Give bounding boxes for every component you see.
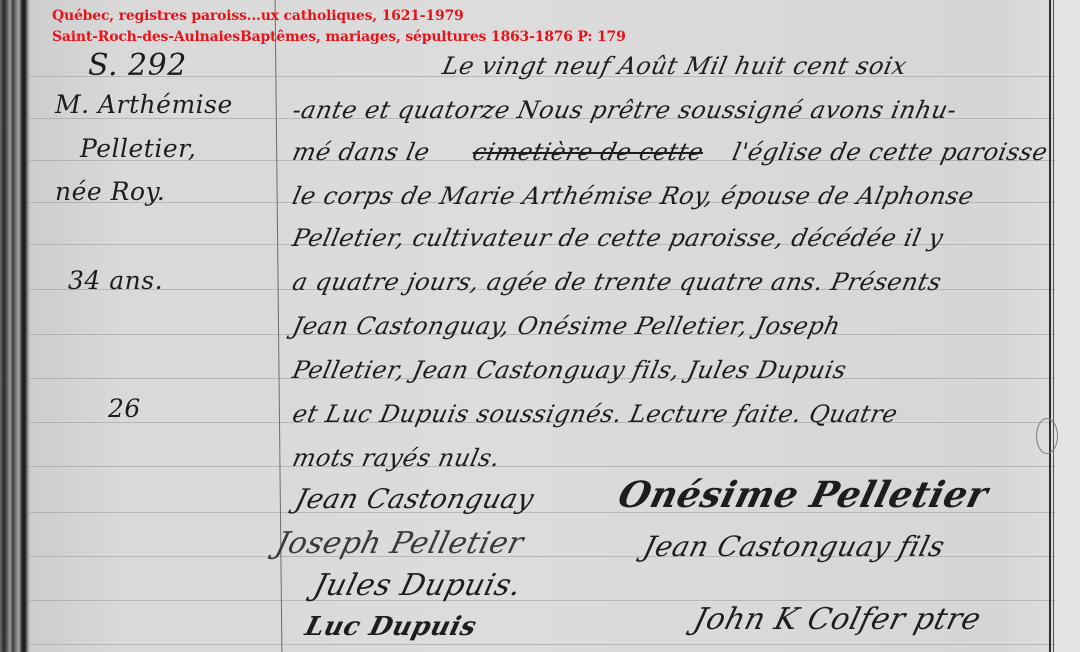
record-line-7: Jean Castonguay, Onésime Pelletier, Jose…	[290, 312, 843, 340]
signature-jules-dupuis: Jules Dupuis.	[310, 568, 525, 603]
record-line-5: Pelletier, cultivateur de cette paroisse…	[290, 224, 946, 252]
record-line-4: le corps de Marie Arthémise Roy, épouse …	[290, 182, 977, 210]
column-rule	[1053, 0, 1054, 652]
margin-name-line-3: née Roy.	[55, 177, 165, 206]
record-line-10: mots rayés nuls.	[290, 444, 503, 472]
record-line-6: a quatre jours, agée de trente quatre an…	[290, 268, 944, 296]
margin-date-note: 26	[108, 394, 141, 423]
entry-number: S. 292	[88, 48, 187, 83]
signature-luc-dupuis: Luc Dupuis	[302, 612, 480, 642]
volume-line: Saint-Roch-des-AulnaiesBaptêmes, mariage…	[52, 27, 626, 48]
record-line-9: et Luc Dupuis soussignés. Lecture faite.…	[290, 400, 900, 428]
ruled-line	[30, 644, 1080, 645]
signature-jean-castonguay-fils: Jean Castonguay fils	[640, 530, 948, 563]
record-line-1: Le vingt neuf Août Mil huit cent soix	[440, 52, 909, 80]
margin-name-line-1: M. Arthémise	[55, 90, 233, 119]
column-rule	[1049, 0, 1051, 652]
adjacent-page-edge	[1055, 0, 1080, 652]
signature-jean-castonguay: Jean Castonguay	[292, 484, 537, 515]
record-line-8: Pelletier, Jean Castonguay fils, Jules D…	[290, 356, 849, 384]
ruled-line	[30, 600, 1080, 601]
book-binding	[0, 0, 30, 652]
record-line-3b: l'église de cette paroisse	[730, 138, 1050, 166]
struck-out-text: cimetière de cette	[470, 138, 706, 166]
signature-onesime-pelletier: Onésime Pelletier	[614, 474, 992, 516]
source-caption: Québec, registres paroiss...ux catholiqu…	[52, 6, 626, 48]
ruled-line	[30, 466, 1080, 467]
signature-priest: John K Colfer ptre	[690, 602, 985, 637]
record-line-2: -ante et quatorze Nous prêtre soussigné …	[290, 96, 959, 124]
signature-joseph-pelletier: Joseph Pelletier	[272, 526, 527, 561]
margin-name-line-2: Pelletier,	[80, 134, 196, 163]
page-stain	[1036, 418, 1058, 454]
margin-age: 34 ans.	[68, 266, 163, 295]
collection-title: Québec, registres paroiss...ux catholiqu…	[52, 6, 626, 27]
record-line-3a: mé dans le	[290, 138, 432, 166]
register-page-image: Québec, registres paroiss...ux catholiqu…	[0, 0, 1080, 652]
